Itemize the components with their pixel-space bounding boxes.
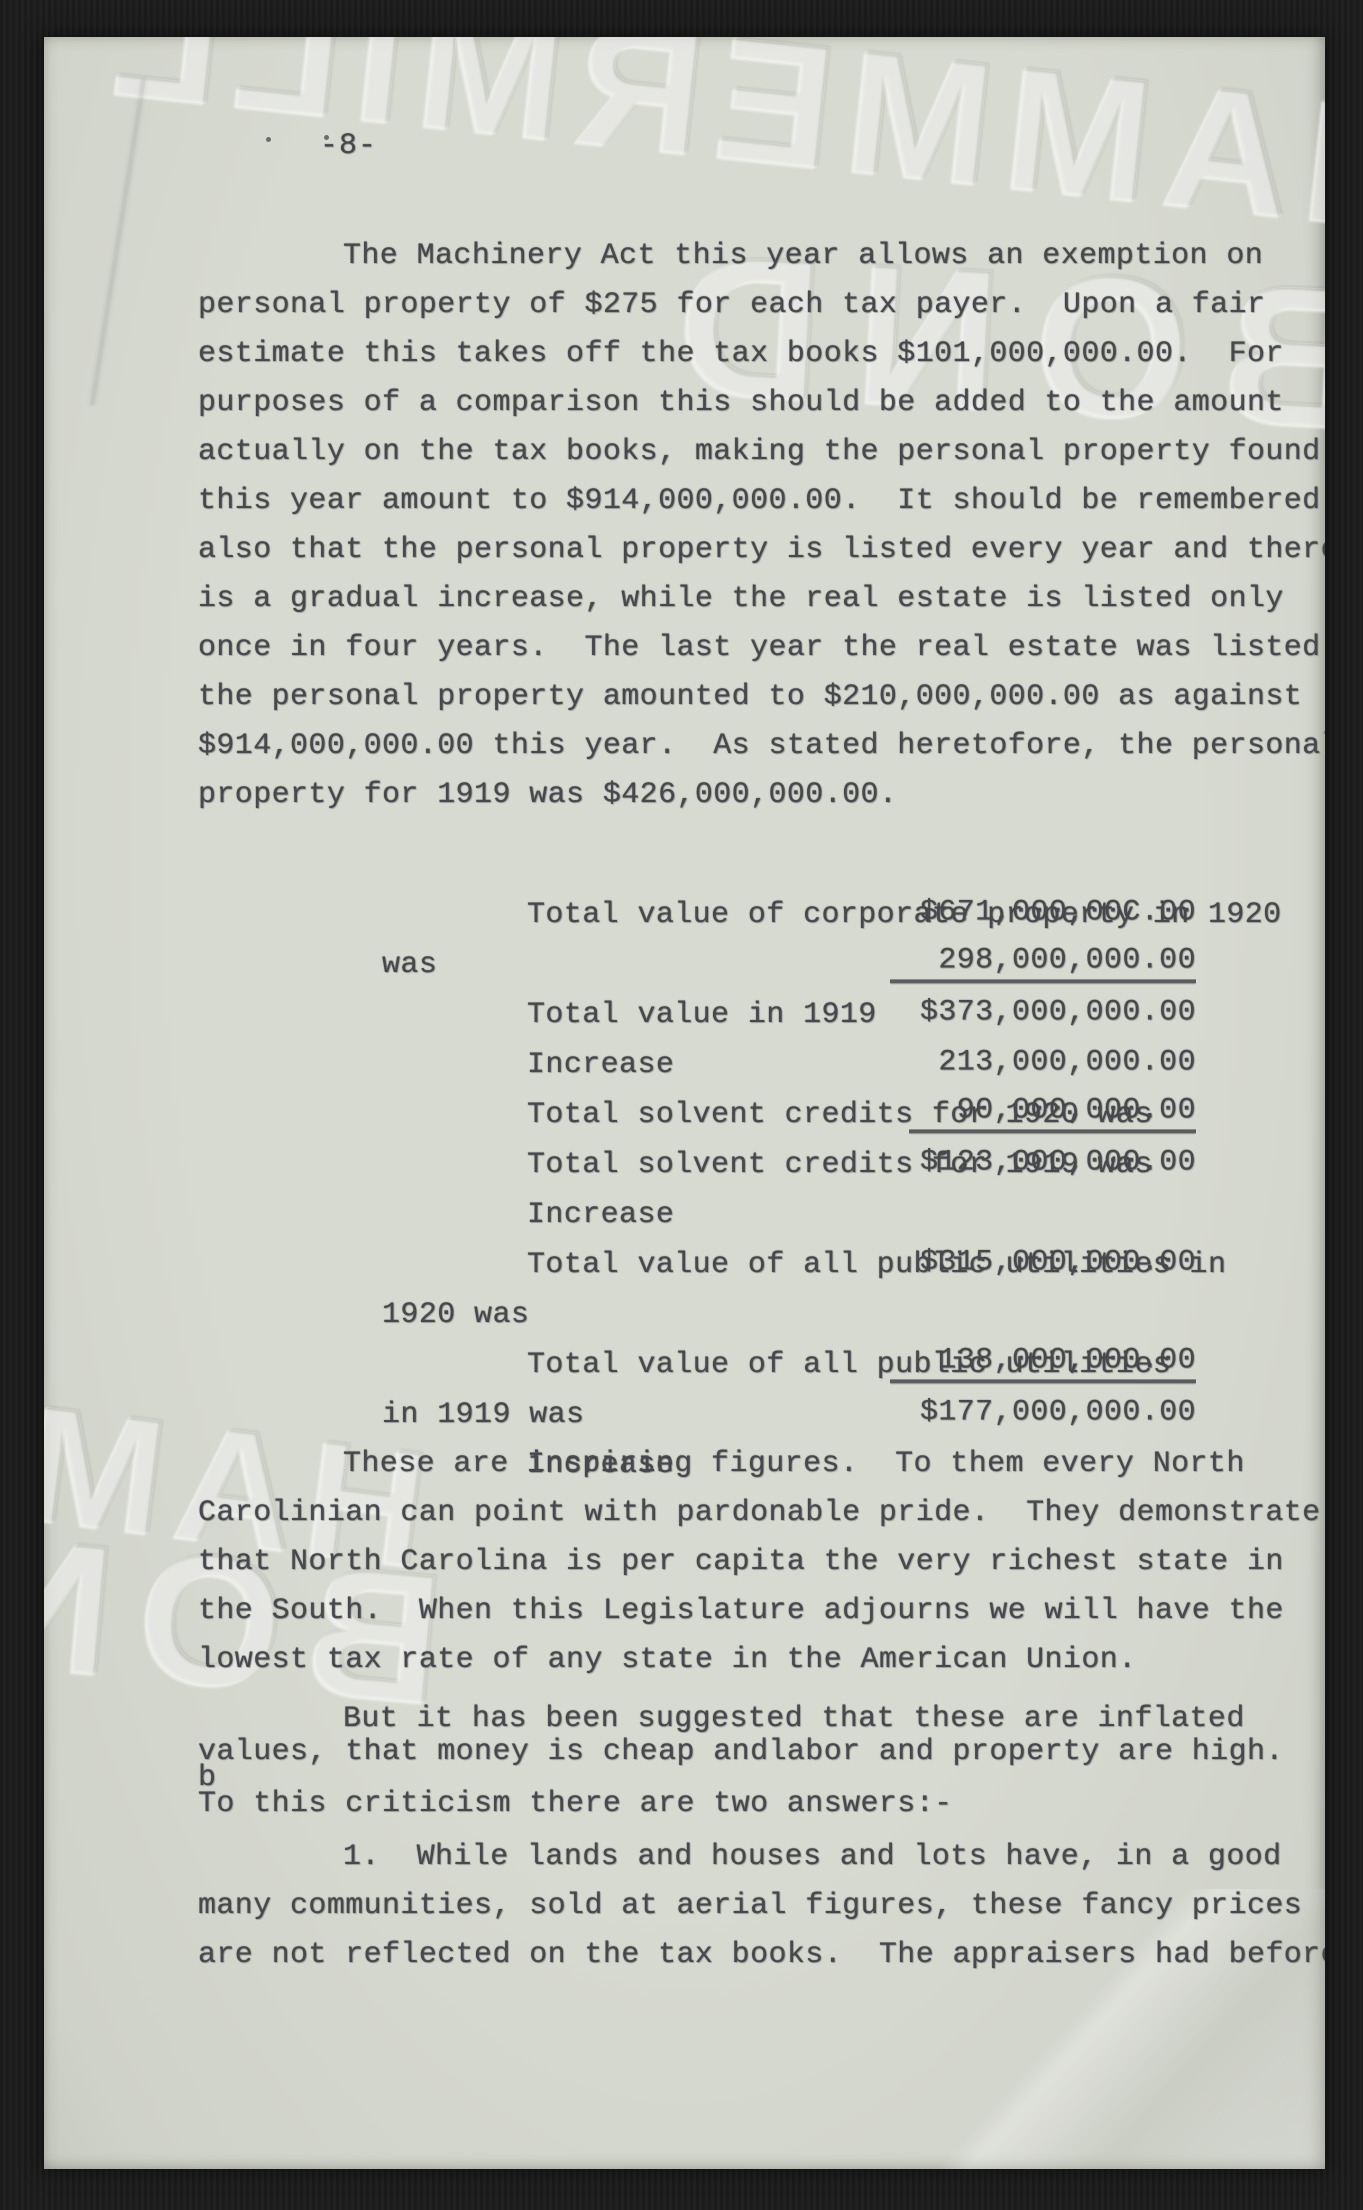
statement-amount-underlined: 298,000,000.00 <box>890 943 1196 983</box>
statement-label: Increase <box>382 1440 674 1490</box>
statement-amount-underlined: 138,000,000.00 <box>890 1343 1196 1383</box>
typed-line: estimate this takes off the tax books $1… <box>198 330 1196 379</box>
statement-row: Total solvent credits for 1920 was 213,0… <box>198 1040 1196 1090</box>
typed-line: that North Carolina is per capita the ve… <box>198 1538 1196 1587</box>
statement-row: in 1919 was 138,000,000.00 <box>198 1340 1196 1390</box>
typed-line: this year amount to $914,000,000.00. It … <box>198 477 1196 526</box>
statement-row: 1920 was $315,000,000.00 <box>198 1240 1196 1290</box>
typed-line: many communities, sold at aerial figures… <box>198 1882 1196 1931</box>
page-content: The Machinery Act this year allows an ex… <box>198 232 1196 1980</box>
statement-row: Total value of corporate property in 192… <box>198 840 1196 890</box>
valuation-statement: Total value of corporate property in 192… <box>198 840 1196 1440</box>
page-number: -8- <box>320 129 377 163</box>
ink-dot <box>266 137 271 142</box>
document-page: HAMMERMILL BOND HAMMER BOND -8- The Mach… <box>44 37 1325 2169</box>
answer-one-paragraph: 1. While lands and houses and lots have,… <box>198 1833 1196 1980</box>
typed-line: To this criticism there are two answers:… <box>198 1791 1196 1817</box>
statement-row: Total value of all public utilities in <box>198 1190 1196 1240</box>
typed-line: But it has been suggested that these are… <box>198 1699 1196 1739</box>
typed-line: property for 1919 was $426,000,000.00. <box>198 771 1196 820</box>
typed-line: lowest tax rate of any state in the Amer… <box>198 1636 1196 1685</box>
typed-line: the personal property amounted to $210,0… <box>198 673 1196 722</box>
typed-line: also that the personal property is liste… <box>198 526 1196 575</box>
statement-row: Total solvent credits for 1919 was 90,00… <box>198 1090 1196 1140</box>
statement-row: Total value in 1919 298,000,000.00 <box>198 940 1196 990</box>
typed-line: the South. When this Legislature adjourn… <box>198 1587 1196 1636</box>
typed-line: once in four years. The last year the re… <box>198 624 1196 673</box>
typed-line: is a gradual increase, while the real es… <box>198 575 1196 624</box>
typed-line: The Machinery Act this year allows an ex… <box>198 232 1196 281</box>
statement-row: Increase $123,000,000.00 <box>198 1140 1196 1190</box>
statement-amount: $177,000,000.00 <box>920 1396 1196 1432</box>
statement-row: Total value of all public utilities <box>198 1290 1196 1340</box>
typed-line: actually on the tax books, making the pe… <box>198 428 1196 477</box>
typed-line: purposes of a comparison this should be … <box>198 379 1196 428</box>
pencil-smudge <box>90 79 146 406</box>
inflated-values-paragraph: But it has been suggested that these are… <box>198 1699 1196 1817</box>
statement-amount-underlined: 90,000,000.00 <box>909 1093 1196 1133</box>
typed-line: are not reflected on the tax books. The … <box>198 1931 1196 1980</box>
statement-amount: $315,000,000.00 <box>920 1246 1196 1282</box>
statement-amount: $373,000,000.00 <box>920 996 1196 1032</box>
statement-amount: $671,000,00C.00 <box>920 896 1196 932</box>
typed-line: 1. While lands and houses and lots have,… <box>198 1833 1196 1882</box>
typed-line: personal property of $275 for each tax p… <box>198 281 1196 330</box>
statement-amount: 213,000,000.00 <box>938 1046 1196 1082</box>
statement-row: was $671,000,00C.00 <box>198 890 1196 940</box>
statement-row: Increase $177,000,000.00 <box>198 1390 1196 1440</box>
typed-line: values, that money is cheap andlabor and… <box>198 1739 1196 1765</box>
statement-row: Increase $373,000,000.00 <box>198 990 1196 1040</box>
typed-line: $914,000,000.00 this year. As stated her… <box>198 722 1196 771</box>
photo-background: HAMMERMILL BOND HAMMER BOND -8- The Mach… <box>0 0 1363 2210</box>
statement-amount: $123,000,000.00 <box>920 1146 1196 1182</box>
